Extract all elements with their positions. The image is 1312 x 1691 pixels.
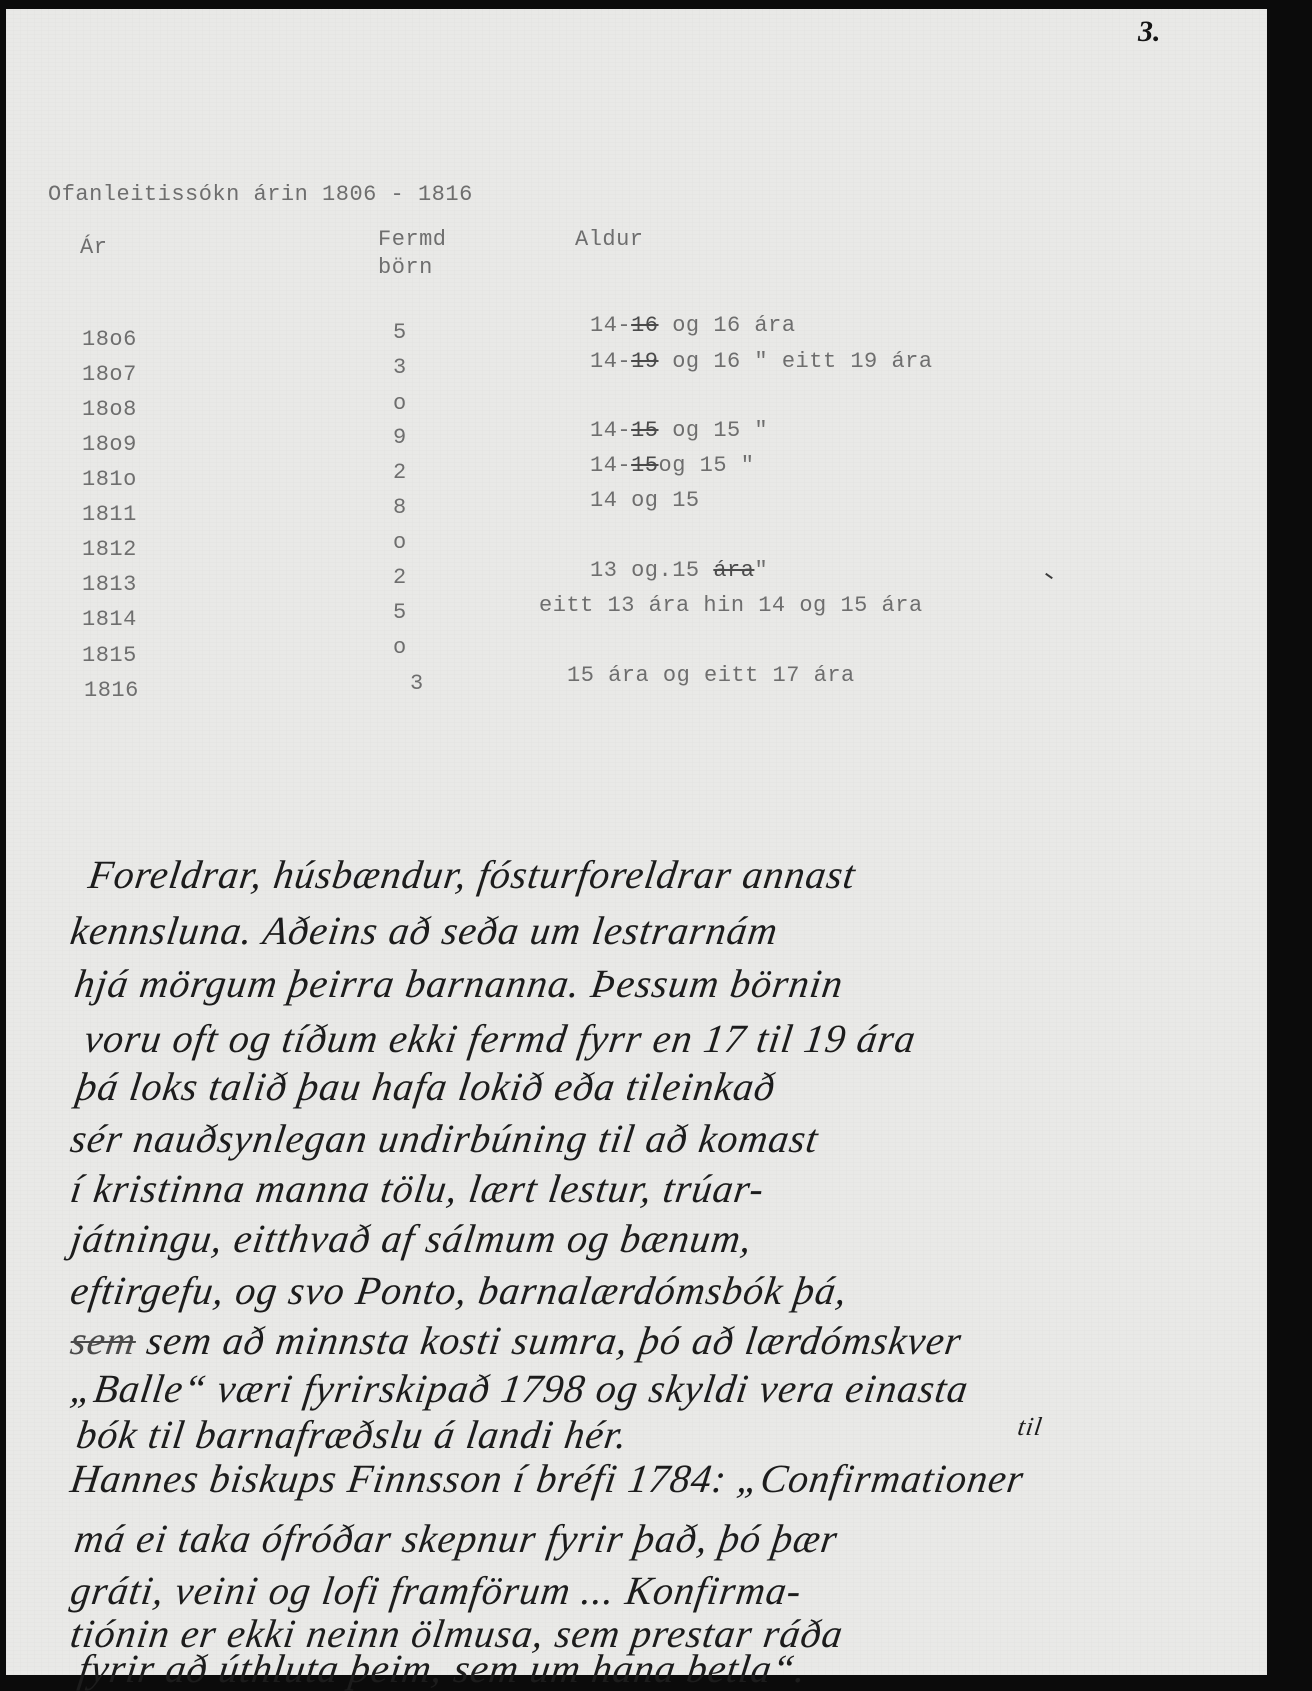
cell-year: 18o6: [82, 329, 137, 351]
column-header-confirmed-line2: börn: [378, 257, 433, 279]
handwritten-line: bók til barnafræðslu á landi hér.: [74, 1415, 630, 1455]
struck-text: 16: [631, 313, 658, 338]
column-header-confirmed-line1: Fermd: [378, 229, 447, 251]
handwritten-line: má ei taka ófróðar skepnur fyrir það, þó…: [72, 1519, 840, 1559]
cell-year: 1815: [82, 645, 137, 667]
struck-word: sem: [68, 1318, 140, 1363]
handwritten-line: voru oft og tíðum ekki fermd fyrr en 17 …: [82, 1019, 919, 1059]
cell-count: 5: [393, 602, 407, 624]
cell-age: 15 ára og eitt 17 ára: [567, 665, 855, 687]
document-title: Ofanleitissókn árin 1806 - 1816: [48, 184, 473, 206]
page-number: 3.: [1138, 15, 1161, 49]
handwritten-line: játningu, eitthvað af sálmum og bænum,: [68, 1219, 755, 1259]
cell-count: 3: [393, 357, 407, 379]
handwritten-line: þá loks talið þau hafa lokið eða tileink…: [74, 1067, 778, 1107]
cell-age: 14 og 15: [590, 490, 700, 512]
column-header-age: Aldur: [575, 229, 644, 251]
cell-age: eitt 13 ára hin 14 og 15 ára: [539, 595, 923, 617]
struck-text: 15: [631, 418, 658, 443]
struck-text: 19: [631, 349, 658, 374]
cell-count: 9: [393, 427, 407, 449]
stray-mark: [1045, 573, 1053, 579]
cell-count: 8: [393, 497, 407, 519]
handwritten-line: fyrir að úthluta þeim, sem um hana betla…: [76, 1649, 809, 1689]
struck-text: 15: [631, 453, 658, 478]
cell-count: 2: [393, 567, 407, 589]
cell-year: 18o7: [82, 364, 137, 386]
cell-year: 1816: [84, 680, 139, 702]
handwritten-line: „Balle“ væri fyrirskipað 1798 og skyldi …: [68, 1369, 971, 1409]
handwritten-line: Hannes biskups Finnsson í bréfi 1784: „C…: [68, 1459, 1027, 1499]
cell-count: 3: [410, 673, 424, 695]
cell-year: 181o: [82, 469, 137, 491]
cell-year: 1811: [82, 504, 137, 526]
handwritten-line: hjá mörgum þeirra barnanna. Þessum börni…: [72, 964, 846, 1004]
cell-year: 1812: [82, 539, 137, 561]
struck-text: ára: [713, 558, 754, 583]
cell-age: 13 og.15 ára": [590, 560, 768, 582]
cell-count: 2: [393, 462, 407, 484]
cell-age: 14-15 og 15 ": [590, 420, 768, 442]
cell-age: 14-15og 15 ": [590, 455, 754, 477]
handwritten-line: í kristinna manna tölu, lært lestur, trú…: [68, 1169, 767, 1209]
cell-year: 1813: [82, 574, 137, 596]
cell-year: 18o9: [82, 434, 137, 456]
handwritten-line: gráti, veini og lofi framförum ... Konfi…: [68, 1571, 804, 1611]
cell-age: 14-19 og 16 " eitt 19 ára: [590, 351, 933, 373]
column-header-year: Ár: [80, 237, 107, 259]
cell-count: o: [393, 637, 407, 659]
cell-year: 18o8: [82, 399, 137, 421]
handwritten-insertion: til: [1016, 1414, 1044, 1440]
cell-count: 5: [393, 322, 407, 344]
handwritten-line: sér nauðsynlegan undirbúning til að koma…: [68, 1119, 821, 1159]
handwritten-line: sem sem að minnsta kosti sumra, þó að læ…: [68, 1321, 964, 1361]
cell-count: o: [393, 532, 407, 554]
cell-count: o: [393, 393, 407, 415]
handwritten-line: Foreldrar, húsbændur, fósturforeldrar an…: [86, 855, 858, 895]
cell-year: 1814: [82, 609, 137, 631]
cell-age: 14-16 og 16 ára: [590, 315, 796, 337]
handwritten-line: kennsluna. Aðeins að seða um lestrarnám: [68, 911, 781, 951]
handwritten-line: eftirgefu, og svo Ponto, barnalærdómsbók…: [68, 1271, 850, 1311]
document-page: 3. Ofanleitissókn árin 1806 - 1816 Ár Fe…: [6, 9, 1267, 1675]
